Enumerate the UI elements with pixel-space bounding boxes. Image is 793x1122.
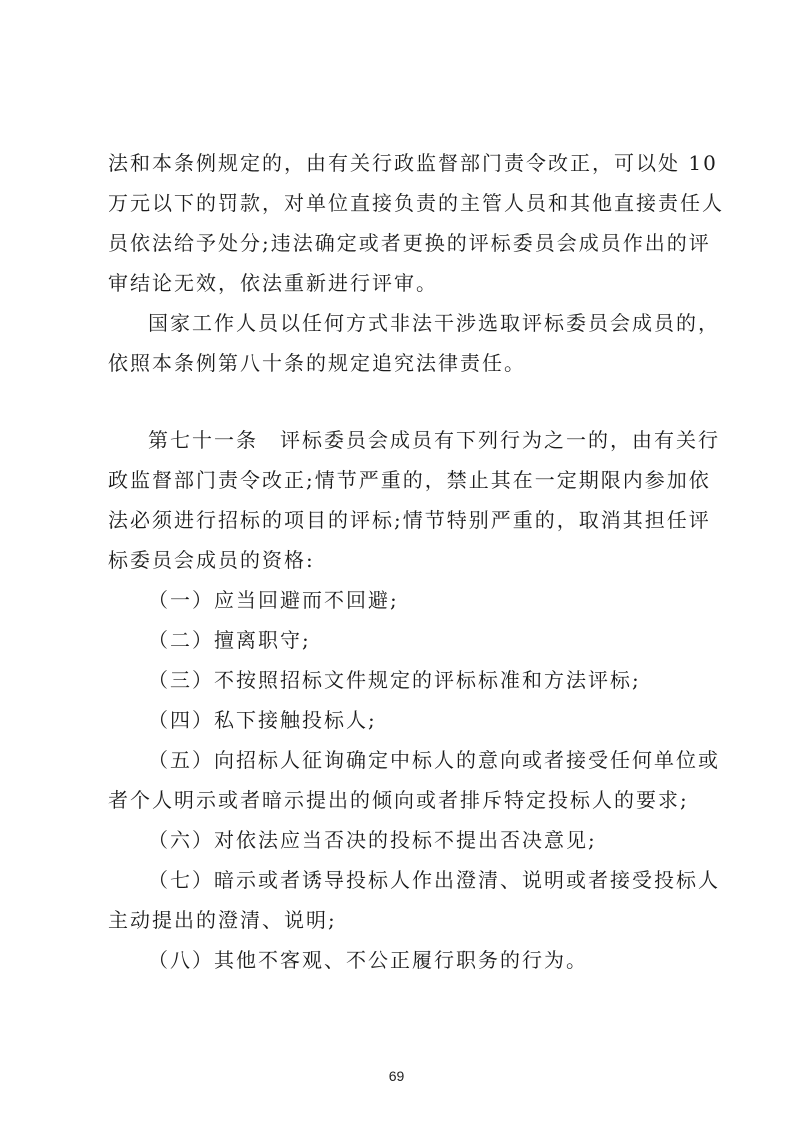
document-body: 法和本条例规定的，由有关行政监督部门责令改正，可以处 10 万元以下的罚款，对单… bbox=[108, 146, 692, 983]
list-item-3: （三）不按照招标文件规定的评标标准和方法评标; bbox=[108, 663, 692, 703]
text-line: 标委员会成员的资格: bbox=[108, 543, 692, 583]
text-line: 国家工作人员以任何方式非法干涉选取评标委员会成员的， bbox=[108, 306, 692, 346]
list-item-7: （七）暗示或者诱导投标人作出澄清、说明或者接受投标人 主动提出的澄清、说明; bbox=[108, 863, 692, 943]
list-item-1: （一）应当回避而不回避; bbox=[108, 583, 692, 623]
list-item-4: （四）私下接触投标人; bbox=[108, 703, 692, 743]
text-line: 法必须进行招标的项目的评标;情节特别严重的，取消其担任评 bbox=[108, 503, 692, 543]
list-item-5: （五）向招标人征询确定中标人的意向或者接受任何单位或 者个人明示或者暗示提出的倾… bbox=[108, 743, 692, 823]
text-line: 政监督部门责令改正;情节严重的，禁止其在一定期限内参加依 bbox=[108, 463, 692, 503]
paragraph-state-personnel: 国家工作人员以任何方式非法干涉选取评标委员会成员的， 依照本条例第八十条的规定追… bbox=[108, 306, 692, 386]
text-line: 员依法给予处分;违法确定或者更换的评标委员会成员作出的评 bbox=[108, 226, 692, 266]
text-line: （七）暗示或者诱导投标人作出澄清、说明或者接受投标人 bbox=[108, 863, 692, 903]
page-number: 69 bbox=[0, 1068, 793, 1084]
text-line: 法和本条例规定的，由有关行政监督部门责令改正，可以处 10 bbox=[108, 146, 692, 186]
article-71: 第七十一条 评标委员会成员有下列行为之一的，由有关行 政监督部门责令改正;情节严… bbox=[108, 423, 692, 583]
text-line: 者个人明示或者暗示提出的倾向或者排斥特定投标人的要求; bbox=[108, 783, 692, 823]
text-line: 依照本条例第八十条的规定追究法律责任。 bbox=[108, 346, 692, 386]
list-item-8: （八）其他不客观、不公正履行职务的行为。 bbox=[108, 943, 692, 983]
text-line: 审结论无效，依法重新进行评审。 bbox=[108, 266, 692, 306]
text-line: 主动提出的澄清、说明; bbox=[108, 903, 692, 943]
text-line: 万元以下的罚款，对单位直接负责的主管人员和其他直接责任人 bbox=[108, 186, 692, 226]
text-line: （五）向招标人征询确定中标人的意向或者接受任何单位或 bbox=[108, 743, 692, 783]
article-heading-line: 第七十一条 评标委员会成员有下列行为之一的，由有关行 bbox=[108, 423, 692, 463]
paragraph-continuation: 法和本条例规定的，由有关行政监督部门责令改正，可以处 10 万元以下的罚款，对单… bbox=[108, 146, 692, 306]
list-item-2: （二）擅离职守; bbox=[108, 623, 692, 663]
section-gap bbox=[108, 386, 692, 423]
list-item-6: （六）对依法应当否决的投标不提出否决意见; bbox=[108, 823, 692, 863]
